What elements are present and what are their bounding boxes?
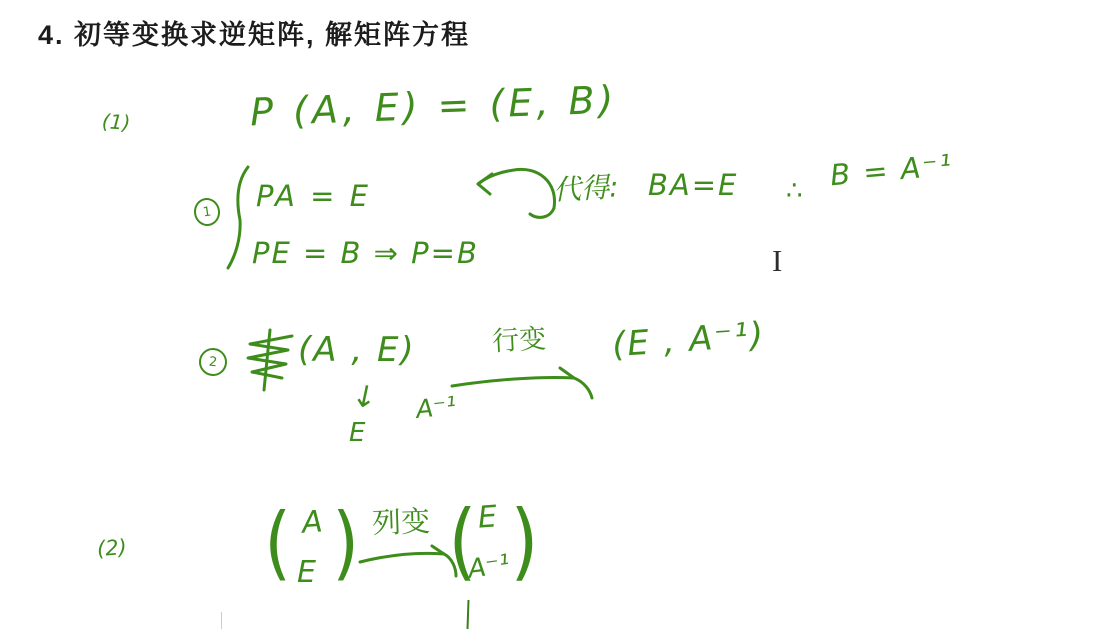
system-brace — [226, 165, 252, 271]
step1-deduction: BA=E — [648, 168, 738, 202]
step1-equation-2: PE = B ⇒ P=B — [252, 236, 479, 270]
notes-page: 4. 初等变换求逆矩阵, 解矩阵方程 (1) P (A, E) = (E, B)… — [0, 0, 1105, 629]
scribble-mark — [232, 328, 304, 394]
item2-source-bottom: E — [297, 555, 316, 590]
item2-target-paren-close: ) — [510, 492, 538, 590]
faint-mark-bottom — [221, 612, 222, 629]
item2-target-bottom: A⁻¹ — [466, 549, 512, 585]
column-transform-arrow — [358, 542, 463, 584]
substitute-down-arrow-icon: ↓ — [349, 378, 381, 417]
back-reference-arrow — [468, 162, 560, 224]
step2-arrow-label: 行变 — [491, 317, 547, 359]
step2-source-matrix: (A , E) — [298, 330, 416, 370]
step2-circled-number: 2 — [198, 347, 229, 378]
item2-arrow-label: 列变 — [371, 499, 430, 542]
pen-stroke-bottom — [466, 600, 469, 629]
step2-target-matrix: (E , A⁻¹) — [611, 315, 767, 366]
step1-equation-1: PA = E — [256, 179, 371, 213]
item2-source-paren-open: ( — [264, 496, 291, 589]
text-cursor: I — [772, 243, 782, 279]
substitute-left-value: E — [349, 418, 365, 448]
item1-formula: P (A, E) = (E, B) — [249, 78, 618, 135]
step1-conclusion: B = A⁻¹ — [829, 148, 955, 193]
item2-label: (2) — [96, 535, 127, 561]
therefore-sign: ∴ — [786, 176, 803, 206]
item1-label: (1) — [101, 109, 131, 135]
page-title: 4. 初等变换求逆矩阵, 解矩阵方程 — [38, 13, 470, 52]
item2-source-paren-close: ) — [332, 496, 359, 589]
item2-source-top: A — [301, 504, 324, 540]
substitute-right-value: A⁻¹ — [415, 391, 458, 424]
step1-note: 代得: — [552, 165, 619, 208]
item2-target-top: E — [477, 499, 498, 535]
step1-circled-number: 1 — [192, 196, 222, 227]
